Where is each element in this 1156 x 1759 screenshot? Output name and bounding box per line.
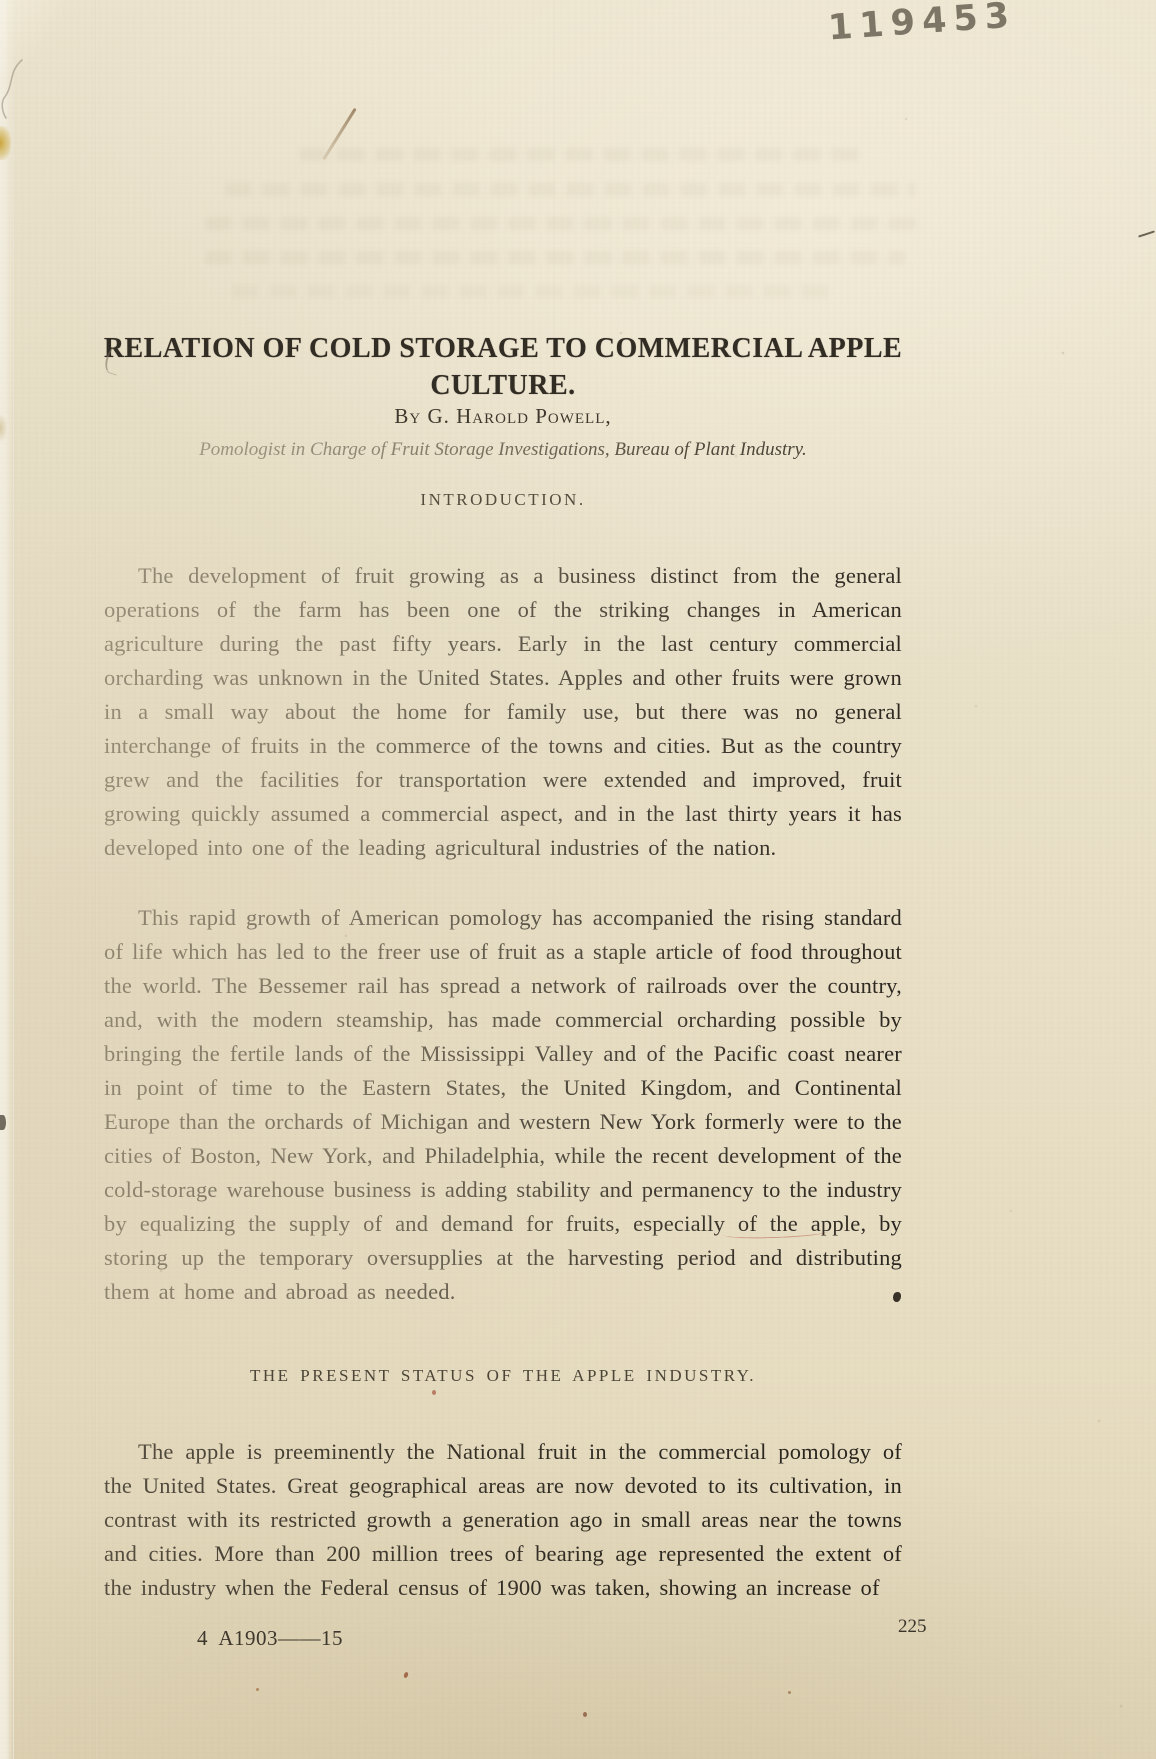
section-heading-introduction: INTRODUCTION.	[103, 490, 903, 510]
yellow-stain-faint	[0, 415, 7, 441]
rust-speck	[583, 1712, 587, 1717]
handwritten-accession-number: 119453	[827, 0, 1017, 49]
author-affiliation: Pomologist in Charge of Fruit Storage In…	[103, 439, 903, 461]
title-line-1: RELATION OF COLD STORAGE TO COMMERCIAL A…	[103, 330, 903, 367]
rust-speck	[403, 1671, 409, 1678]
bleedthrough-text-band	[232, 285, 832, 298]
rust-speck	[256, 1688, 259, 1691]
page-title: RELATION OF COLD STORAGE TO COMMERCIAL A…	[103, 330, 903, 404]
red-speck	[432, 1390, 436, 1395]
title-line-2: CULTURE.	[103, 367, 903, 404]
page-scan: 119453 RELATION OF COLD STORAGE TO COMME…	[0, 0, 1156, 1759]
edge-ink-notch	[0, 1115, 6, 1130]
section-heading-apple-industry: THE PRESENT STATUS OF THE APPLE INDUSTRY…	[103, 1366, 903, 1386]
yellow-stain	[0, 126, 11, 160]
bleedthrough-text-band	[205, 217, 925, 230]
left-edge-highlight	[0, 0, 14, 1759]
paragraph-introduction-2: This rapid growth of American pomology h…	[104, 901, 902, 1309]
paragraph-introduction-1: The development of fruit growing as a bu…	[104, 559, 902, 865]
ink-dash-mark	[1138, 230, 1155, 237]
page-number: 225	[898, 1616, 927, 1638]
rust-speck	[788, 1691, 791, 1694]
bleedthrough-text-band	[300, 148, 860, 161]
paragraph-apple-industry-1: The apple is preeminently the National f…	[104, 1435, 902, 1605]
bleedthrough-text-band	[205, 251, 905, 264]
byline: By G. Harold Powell,	[103, 404, 903, 429]
fold-crease-left	[95, 0, 97, 1759]
bleedthrough-text-band	[225, 183, 915, 196]
pencil-squiggle-mark	[0, 58, 30, 120]
footer-signature-mark: 4 A1903——15	[197, 1626, 343, 1651]
paper-freckles	[0, 0, 2, 2]
